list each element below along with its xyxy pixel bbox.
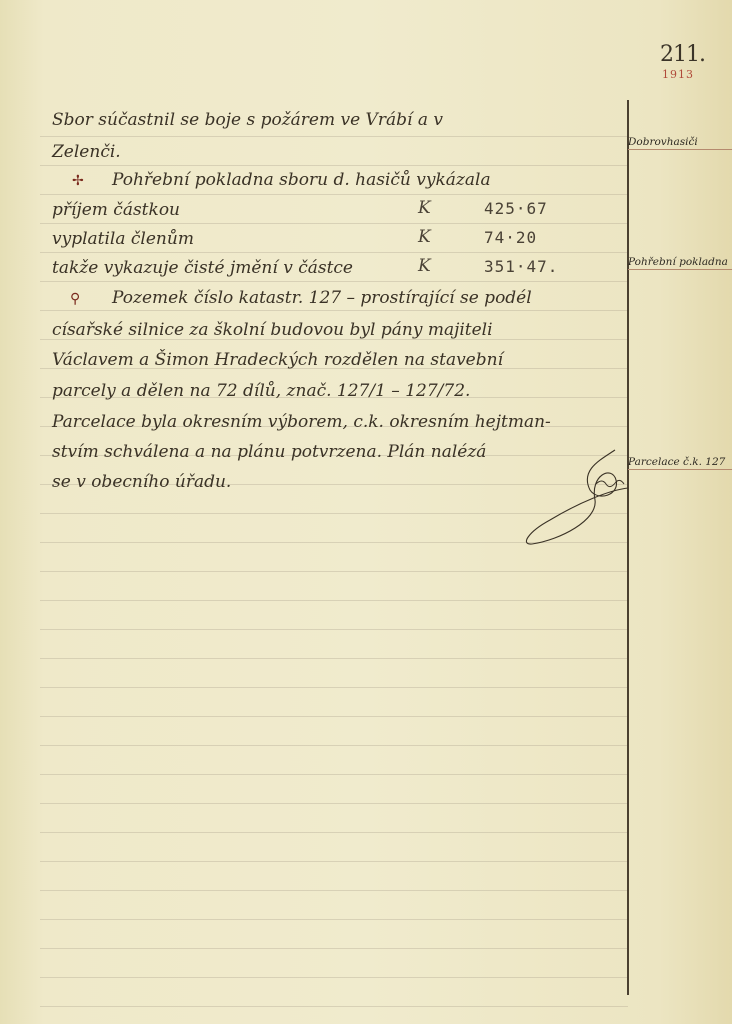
text-line: Pozemek číslo katastr. 127 – prostírajíc… bbox=[112, 288, 532, 308]
page-number: 211. bbox=[660, 42, 705, 67]
margin-note-firefighters: Dobrovhasiči bbox=[628, 136, 732, 150]
amount-value: 74·20 bbox=[484, 228, 537, 247]
text-line: Pohřební pokladna sboru d. hasičů vykáza… bbox=[112, 170, 491, 190]
ledger-page: 211. 1913 Sbor súčastnil se boje s požár… bbox=[0, 0, 732, 1024]
text-line: parcely a dělen na 72 dílů, znač. 127/1 … bbox=[52, 381, 470, 401]
amount-currency: K bbox=[418, 198, 431, 218]
text-line: stvím schválena a na plánu potvrzena. Pl… bbox=[52, 442, 486, 462]
amount-currency: K bbox=[418, 227, 431, 247]
text-line: takže vykazuje čisté jmění v částce bbox=[52, 258, 353, 278]
text-line: se v obecního úřadu. bbox=[52, 472, 231, 492]
text-line: vyplatila členům bbox=[52, 229, 194, 249]
text-line: Sbor súčastnil se boje s požárem ve Vráb… bbox=[52, 110, 443, 130]
text-line: císařské silnice za školní budovou byl p… bbox=[52, 320, 493, 340]
cross-star-icon: ✢ bbox=[72, 173, 84, 190]
text-line: Zelenči. bbox=[52, 142, 121, 162]
text-line: Václavem a Šimon Hradeckých rozdělen na … bbox=[52, 350, 503, 370]
page-year: 1913 bbox=[662, 68, 694, 81]
amount-currency: K bbox=[418, 256, 431, 276]
text-line: Parcelace byla okresním výborem, c.k. ok… bbox=[52, 412, 551, 432]
margin-note-parcelling: Parcelace č.k. 127 bbox=[628, 456, 732, 470]
amount-value: 425·67 bbox=[484, 199, 548, 218]
signature-flourish bbox=[520, 440, 630, 550]
margin-note-funeral-fund: Pohřební pokladna bbox=[628, 256, 732, 270]
cross-circle-icon: ⚲ bbox=[70, 291, 80, 308]
amount-value: 351·47. bbox=[484, 257, 558, 276]
text-line: příjem částkou bbox=[52, 200, 180, 220]
